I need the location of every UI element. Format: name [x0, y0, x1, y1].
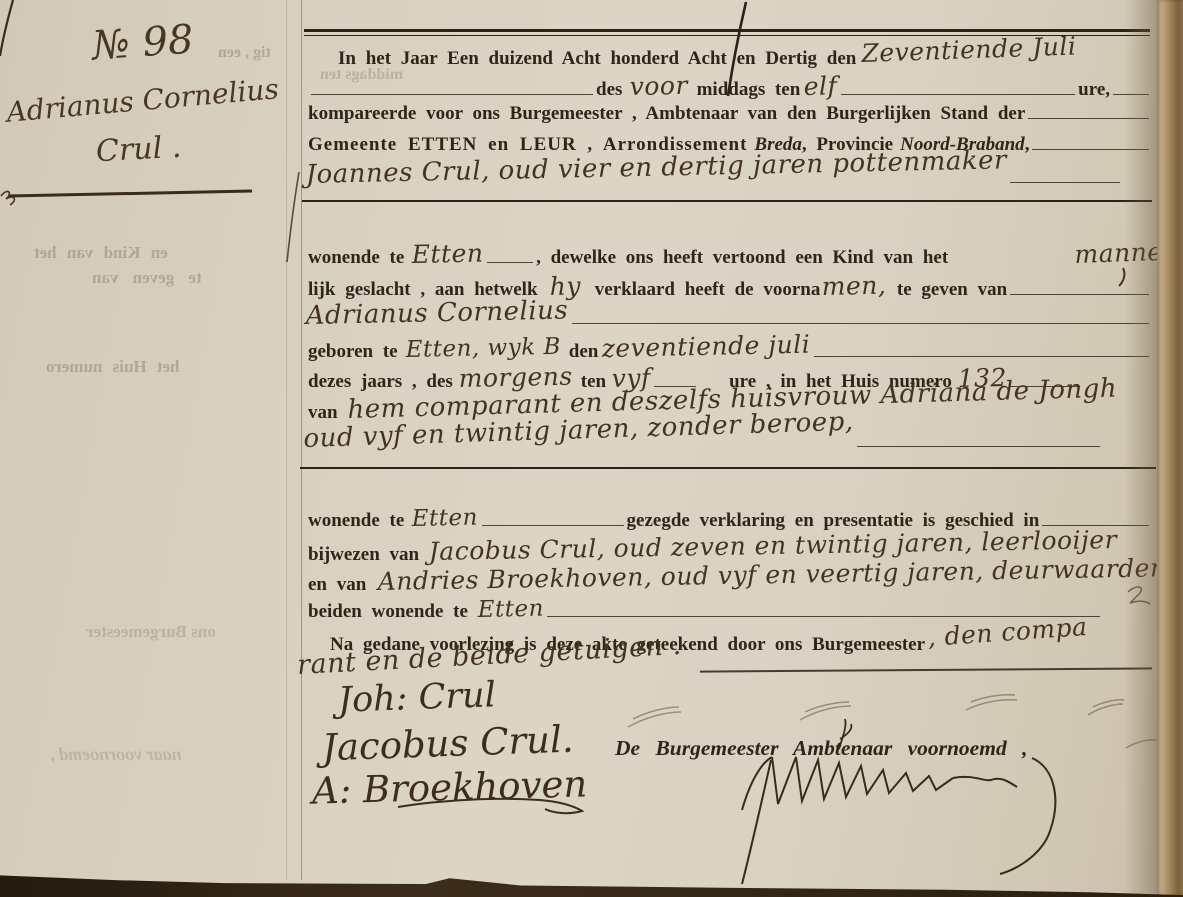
section-divider [300, 467, 1156, 469]
form-text: kompareerde voor ons Burgemeester , Ambt… [308, 103, 1025, 125]
birth-certificate-page: tig , een middags ten en Kind van het te… [0, 0, 1183, 897]
handwritten-entry: voor [630, 71, 689, 101]
handwritten-entry: Etten, wyk B [405, 334, 561, 363]
fill-line [841, 94, 1075, 95]
form-text: des [596, 79, 622, 101]
pen-stroke [1, 191, 14, 205]
form-text: beiden wonende te [308, 601, 468, 623]
pen-stroke [0, 0, 13, 56]
fill-line [311, 94, 593, 95]
signature-witness1: Joh: Crul [337, 675, 496, 720]
form-text: dezes jaars , des [308, 371, 453, 393]
form-text: , dewelke ons heeft vertoond een Kind va… [536, 247, 948, 269]
handwritten-entry: Etten [412, 239, 484, 269]
form-text: den [569, 341, 599, 363]
form-text: geboren te [308, 341, 398, 363]
burgemeester-label: De Burgemeester Ambtenaar voornoemd , [615, 736, 1027, 761]
form-text: ure, [1078, 79, 1110, 101]
handwritten-entry: men, [822, 271, 887, 301]
fill-line [487, 262, 533, 263]
handwritten-child-name: Adrianus Cornelius [305, 296, 568, 331]
act-number: № 98 [91, 17, 195, 70]
form-text: van [308, 402, 338, 424]
bleedthrough-text: en Kind van het [34, 243, 168, 263]
form-text: bijwezen van [308, 544, 419, 566]
bleedthrough-text: ons Burgemeester [86, 622, 216, 642]
handwritten-entry: Etten [477, 596, 544, 623]
form-text: verklaard heeft de voorna [595, 279, 821, 301]
burgemeester-signature-scrawl [742, 757, 1055, 884]
form-text: In het Jaar Een duizend Acht honderd Ach… [338, 48, 856, 70]
signature-witness3: A: Broekhoven [311, 762, 587, 812]
pen-stroke [287, 172, 299, 262]
fill-line [482, 525, 624, 526]
book-binding-edge [1157, 0, 1183, 897]
child-name-margin-line2: Crul . [95, 130, 182, 169]
form-text: te geven van [897, 279, 1007, 301]
form-text: wonende te [308, 510, 404, 532]
fill-line [1010, 182, 1120, 183]
form-text: middags ten [697, 79, 801, 101]
handwritten-date: Zeventiende Juli [861, 32, 1077, 68]
bleedthrough-text: naar voornoemd , [50, 744, 182, 765]
fill-line [814, 356, 1149, 357]
page-fold-line [301, 0, 302, 880]
page-curl-shadow [1124, 0, 1158, 897]
fill-line [572, 323, 1149, 324]
handwritten-entry: Etten [412, 505, 479, 532]
bleedthrough-text: tig , een [218, 44, 271, 62]
form-text: wonende te [308, 247, 404, 269]
section-divider [302, 200, 1152, 202]
child-name-margin-line1: Adrianus Cornelius [5, 72, 280, 129]
form-text: , [1025, 134, 1030, 156]
handwritten-entry: zeventiende juli [602, 330, 811, 363]
form-text: en van [308, 574, 366, 596]
margin-divider-line [8, 189, 252, 197]
bleedthrough-text: het Huis numero [46, 357, 180, 377]
page-crease [286, 0, 287, 880]
handwritten-entry: elf [804, 71, 838, 101]
bleedthrough-text: te geven van [92, 268, 202, 288]
fill-line [857, 446, 1100, 447]
header-double-rule [304, 29, 1150, 32]
book-bottom-edge [0, 873, 1183, 897]
closing-rule [700, 667, 1152, 672]
signature-witness2: Jacobus Crul. [321, 718, 574, 770]
